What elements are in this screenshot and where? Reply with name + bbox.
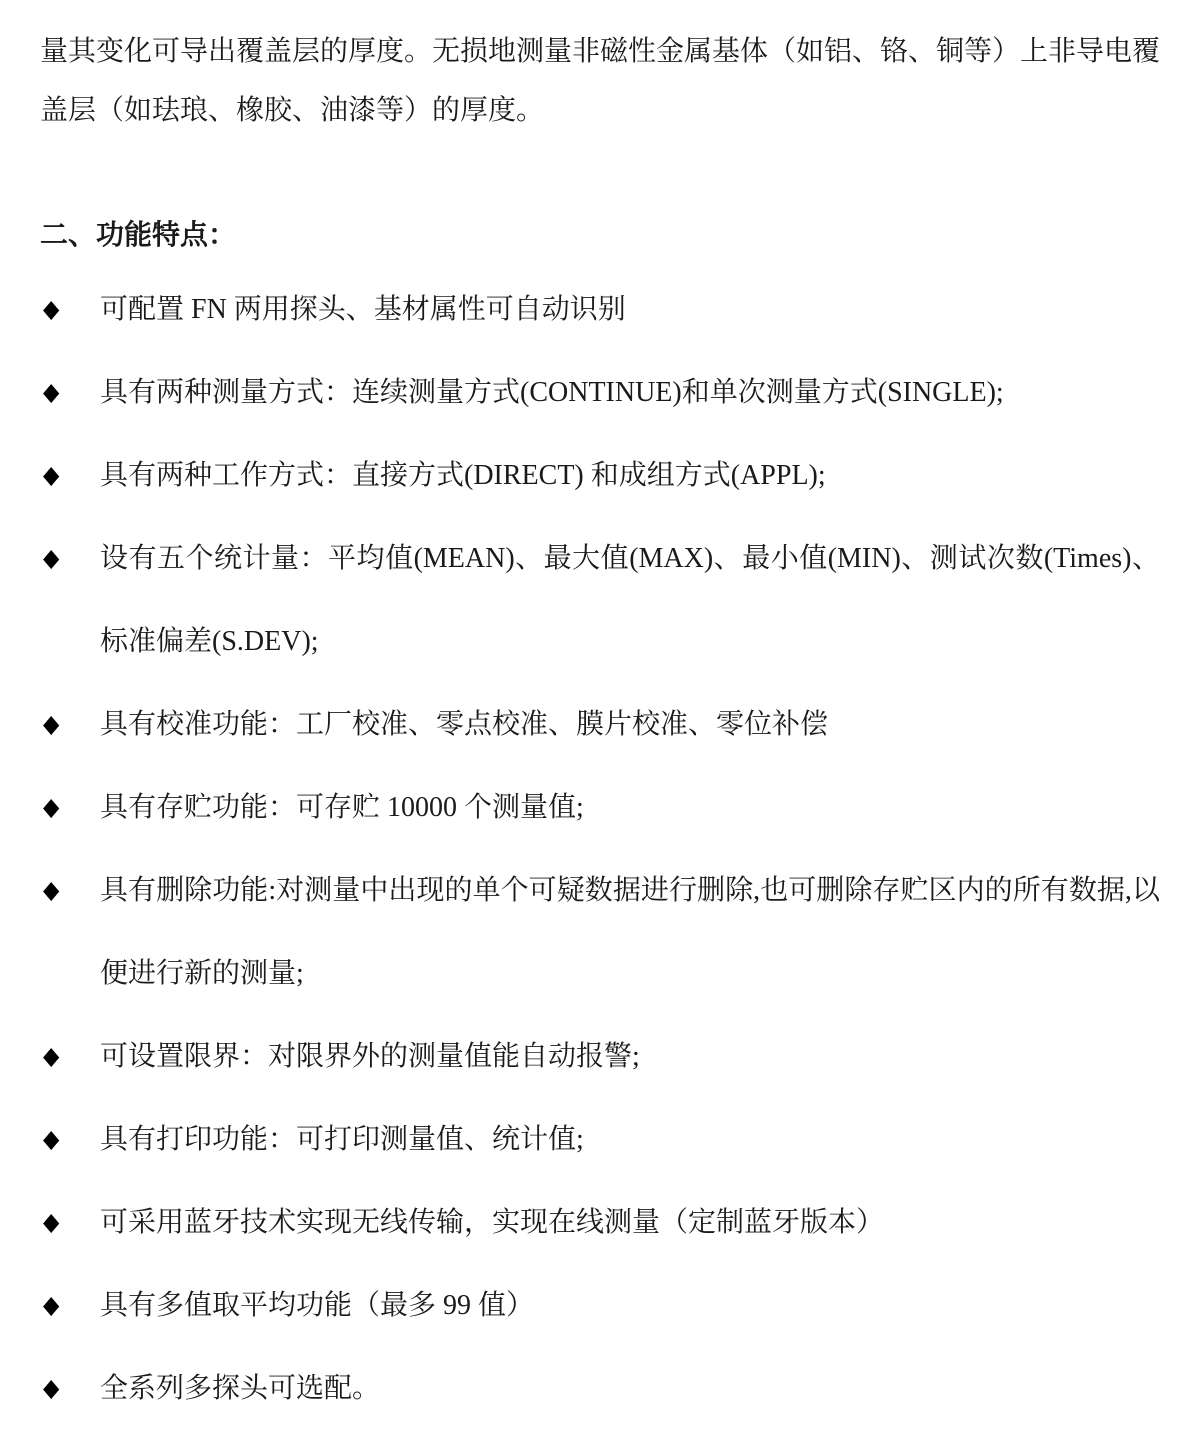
feature-text: 可设置限界：对限界外的测量值能自动报警; — [100, 1041, 640, 1072]
feature-text: 全系列多探头可选配。 — [100, 1373, 380, 1404]
diamond-bullet-icon: ◆ — [43, 1347, 59, 1430]
feature-text: 具有多值取平均功能（最多 99 值） — [100, 1290, 534, 1321]
diamond-bullet-icon: ◆ — [43, 517, 59, 600]
feature-text: 可采用蓝牙技术实现无线传输，实现在线测量（定制蓝牙版本） — [100, 1207, 884, 1238]
feature-text: 具有存贮功能：可存贮 10000 个测量值; — [100, 792, 584, 823]
feature-list: ◆ 可配置 FN 两用探头、基材属性可自动识别 ◆ 具有两种测量方式：连续测量方… — [40, 268, 1160, 1430]
diamond-bullet-icon: ◆ — [43, 683, 59, 766]
diamond-bullet-icon: ◆ — [43, 1098, 59, 1181]
feature-item: ◆ 具有多值取平均功能（最多 99 值） — [40, 1264, 1160, 1347]
feature-text: 设有五个统计量：平均值(MEAN)、最大值(MAX)、最小值(MIN)、测试次数… — [100, 543, 1160, 657]
diamond-bullet-icon: ◆ — [43, 1015, 59, 1098]
diamond-bullet-icon: ◆ — [43, 766, 59, 849]
diamond-bullet-icon: ◆ — [43, 1264, 59, 1347]
diamond-bullet-icon: ◆ — [43, 1181, 59, 1264]
feature-text: 具有校准功能：工厂校准、零点校准、膜片校准、零位补偿 — [100, 709, 828, 740]
feature-item: ◆ 具有删除功能:对测量中出现的单个可疑数据进行删除,也可删除存贮区内的所有数据… — [40, 849, 1160, 1015]
intro-paragraph: 量其变化可导出覆盖层的厚度。无损地测量非磁性金属基体（如铝、铬、铜等）上非导电覆… — [40, 22, 1160, 140]
diamond-bullet-icon: ◆ — [43, 351, 59, 434]
feature-item: ◆ 可配置 FN 两用探头、基材属性可自动识别 — [40, 268, 1160, 351]
feature-item: ◆ 具有存贮功能：可存贮 10000 个测量值; — [40, 766, 1160, 849]
diamond-bullet-icon: ◆ — [43, 268, 59, 351]
feature-item: ◆ 具有校准功能：工厂校准、零点校准、膜片校准、零位补偿 — [40, 683, 1160, 766]
feature-item: ◆ 具有两种测量方式：连续测量方式(CONTINUE)和单次测量方式(SINGL… — [40, 351, 1160, 434]
feature-text: 可配置 FN 两用探头、基材属性可自动识别 — [100, 294, 626, 325]
diamond-bullet-icon: ◆ — [43, 434, 59, 517]
diamond-bullet-icon: ◆ — [43, 849, 59, 932]
feature-item: ◆ 设有五个统计量：平均值(MEAN)、最大值(MAX)、最小值(MIN)、测试… — [40, 517, 1160, 683]
feature-item: ◆ 具有打印功能：可打印测量值、统计值; — [40, 1098, 1160, 1181]
feature-item: ◆ 具有两种工作方式：直接方式(DIRECT) 和成组方式(APPL); — [40, 434, 1160, 517]
feature-item: ◆ 可采用蓝牙技术实现无线传输，实现在线测量（定制蓝牙版本） — [40, 1181, 1160, 1264]
section-heading: 二、功能特点： — [40, 216, 1160, 256]
document-page: 量其变化可导出覆盖层的厚度。无损地测量非磁性金属基体（如铝、铬、铜等）上非导电覆… — [0, 0, 1198, 1444]
feature-item: ◆ 可设置限界：对限界外的测量值能自动报警; — [40, 1015, 1160, 1098]
feature-text: 具有打印功能：可打印测量值、统计值; — [100, 1124, 584, 1155]
feature-item: ◆ 全系列多探头可选配。 — [40, 1347, 1160, 1430]
feature-text: 具有两种测量方式：连续测量方式(CONTINUE)和单次测量方式(SINGLE)… — [100, 377, 1004, 408]
feature-text: 具有删除功能:对测量中出现的单个可疑数据进行删除,也可删除存贮区内的所有数据,以… — [100, 875, 1160, 989]
feature-text: 具有两种工作方式：直接方式(DIRECT) 和成组方式(APPL); — [100, 460, 826, 491]
